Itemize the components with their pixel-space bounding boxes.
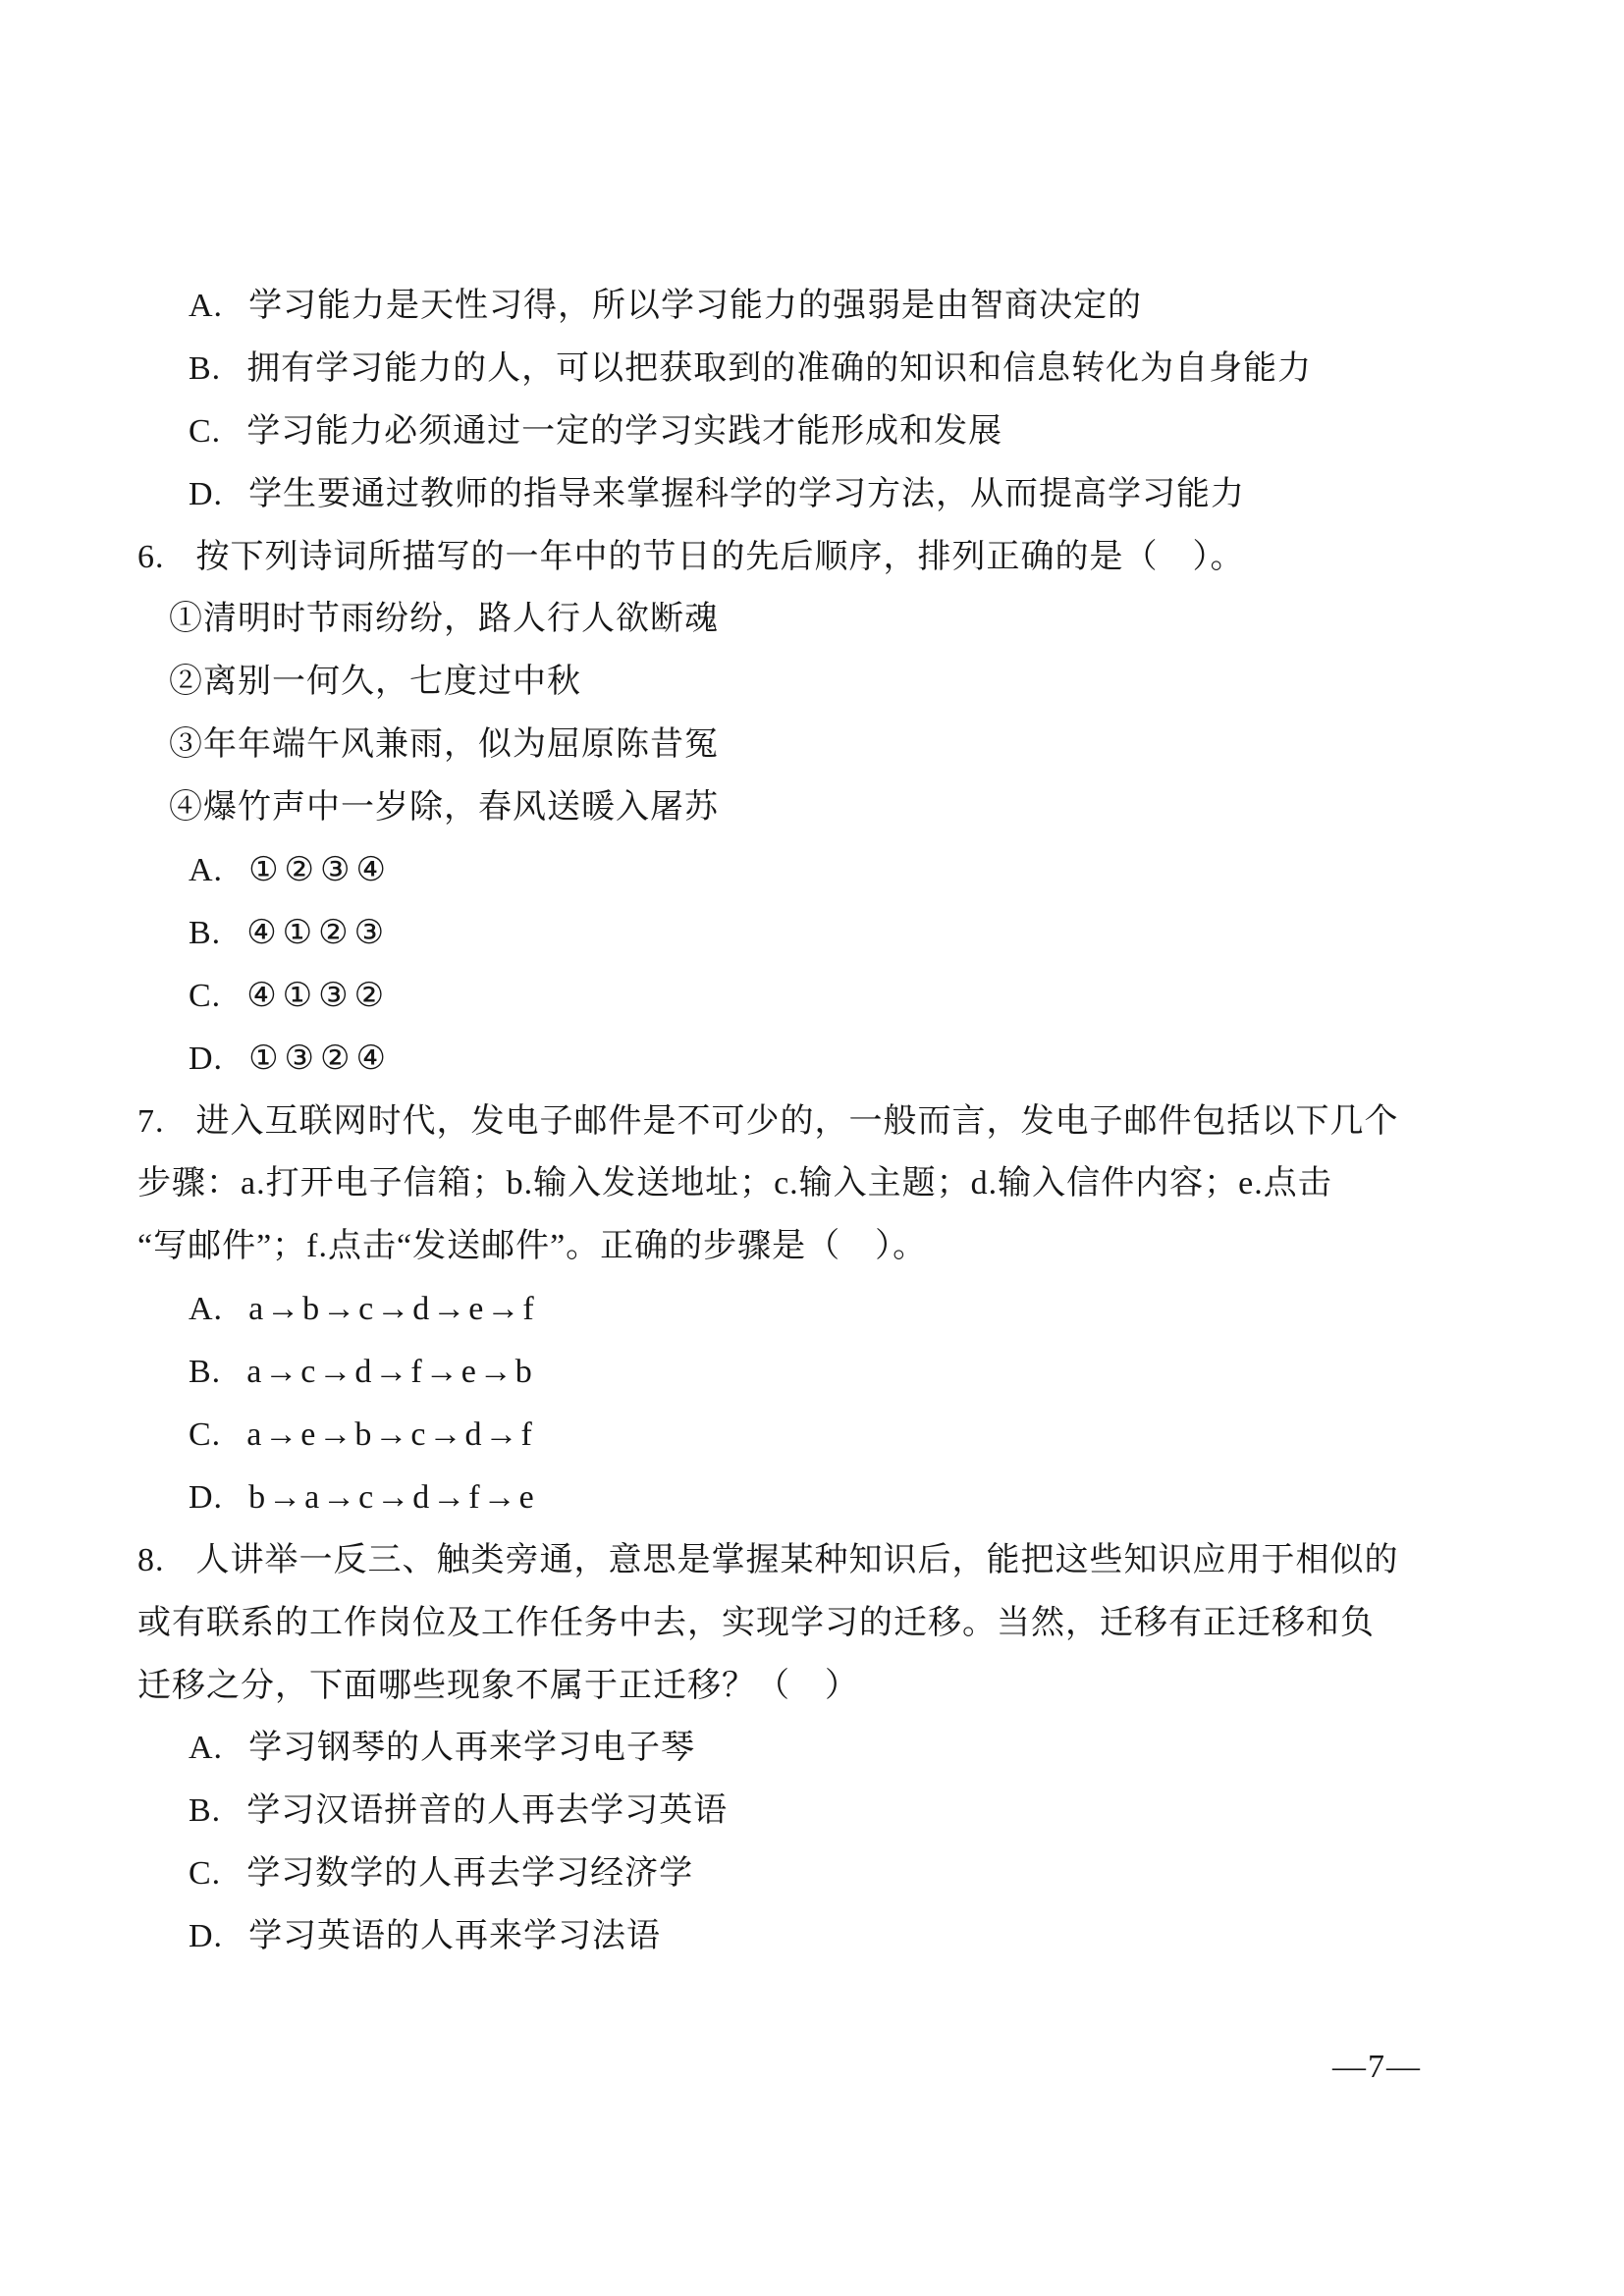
q6-option-b: B.④①②③: [137, 902, 1536, 965]
option-label: A.: [189, 1717, 223, 1780]
question-number: 7.: [137, 1091, 165, 1153]
option-label: D.: [189, 1028, 223, 1091]
question-number: 8.: [137, 1529, 165, 1592]
q8-option-a: A.学习钢琴的人再来学习电子琴: [137, 1717, 1536, 1780]
option-text: 学习汉语拼音的人再去学习英语: [246, 1792, 728, 1829]
question-stem-text: 按下列诗词所描写的一年中的节日的先后顺序，排列正确的是（ ）。: [196, 539, 1245, 575]
question-number: 6.: [137, 526, 165, 589]
q7-option-b: B.a→c→d→f→e→b: [137, 1341, 1536, 1404]
option-text: 学习数学的人再去学习经济学: [246, 1855, 693, 1892]
q6-poem-2: ②离别一何久，七度过中秋: [137, 651, 1536, 714]
option-text: a→b→c→d→e→f: [248, 1291, 537, 1327]
option-label: C.: [189, 400, 221, 463]
q8-stem-line-1: 8.人讲举一反三、触类旁通，意思是掌握某种知识后，能把这些知识应用于相似的: [137, 1529, 1536, 1592]
option-text: a→e→b→c→d→f: [246, 1416, 535, 1453]
q6-option-d: D.①③②④: [137, 1028, 1536, 1091]
q7-stem-line-1: 7.进入互联网时代，发电子邮件是不可少的，一般而言，发电子邮件包括以下几个: [137, 1091, 1536, 1153]
question-stem-text: 人讲举一反三、触类旁通，意思是掌握某种知识后，能把这些知识应用于相似的: [196, 1542, 1399, 1578]
option-text: ①③②④: [248, 1041, 392, 1077]
q7-option-a: A.a→b→c→d→e→f: [137, 1278, 1536, 1341]
page-number: —7—: [1332, 2048, 1422, 2087]
q5-option-b: B.拥有学习能力的人，可以把获取到的准确的知识和信息转化为自身能力: [137, 338, 1536, 400]
q8-stem-line-2: 或有联系的工作岗位及工作任务中去，实现学习的迁移。当然，迁移有正迁移和负: [137, 1592, 1536, 1655]
option-label: B.: [189, 1341, 221, 1404]
option-label: B.: [189, 1780, 221, 1842]
option-text: 学生要通过教师的指导来掌握科学的学习方法，从而提高学习能力: [248, 476, 1245, 512]
q6-poem-3: ③年年端午风兼雨，似为屈原陈昔冤: [137, 714, 1536, 776]
q6-poem-4: ④爆竹声中一岁除，春风送暖入屠苏: [137, 776, 1536, 839]
option-text: 学习能力必须通过一定的学习实践才能形成和发展: [246, 413, 1002, 450]
option-label: B.: [189, 902, 221, 965]
option-label: A.: [189, 275, 223, 338]
option-text: 学习英语的人再来学习法语: [248, 1918, 661, 1954]
exam-page: A.学习能力是天性习得，所以学习能力的强弱是由智商决定的 B.拥有学习能力的人，…: [0, 0, 1624, 2296]
q7-option-d: D.b→a→c→d→f→e: [137, 1467, 1536, 1529]
question-stem-text: 进入互联网时代，发电子邮件是不可少的，一般而言，发电子邮件包括以下几个: [196, 1103, 1399, 1140]
q8-option-b: B.学习汉语拼音的人再去学习英语: [137, 1780, 1536, 1842]
option-label: C.: [189, 965, 221, 1028]
option-label: A.: [189, 1278, 223, 1341]
q8-option-d: D.学习英语的人再来学习法语: [137, 1905, 1536, 1968]
option-text: 学习能力是天性习得，所以学习能力的强弱是由智商决定的: [248, 288, 1142, 324]
q6-option-a: A.①②③④: [137, 839, 1536, 902]
option-label: C.: [189, 1842, 221, 1905]
option-text: b→a→c→d→f→e: [248, 1479, 537, 1516]
q5-option-a: A.学习能力是天性习得，所以学习能力的强弱是由智商决定的: [137, 275, 1536, 338]
q5-option-c: C.学习能力必须通过一定的学习实践才能形成和发展: [137, 400, 1536, 463]
option-text: a→c→d→f→e→b: [246, 1354, 535, 1390]
q7-stem-line-2: 步骤：a.打开电子信箱；b.输入发送地址；c.输入主题；d.输入信件内容；e.点…: [137, 1152, 1536, 1215]
option-text: 拥有学习能力的人，可以把获取到的准确的知识和信息转化为自身能力: [246, 350, 1312, 387]
option-label: B.: [189, 338, 221, 400]
option-text: 学习钢琴的人再来学习电子琴: [248, 1730, 695, 1766]
q6-option-c: C.④①③②: [137, 965, 1536, 1028]
q8-option-c: C.学习数学的人再去学习经济学: [137, 1842, 1536, 1905]
q6-poem-1: ①清明时节雨纷纷，路人行人欲断魂: [137, 588, 1536, 651]
option-text: ④①③②: [246, 978, 390, 1014]
option-label: D.: [189, 1905, 223, 1968]
q6-stem: 6.按下列诗词所描写的一年中的节日的先后顺序，排列正确的是（ ）。: [137, 526, 1536, 589]
q7-stem-line-3: “写邮件”；f.点击“发送邮件”。正确的步骤是（ ）。: [137, 1215, 1536, 1278]
q8-stem-line-3: 迁移之分，下面哪些现象不属于正迁移？（ ）: [137, 1655, 1536, 1718]
q5-option-d: D.学生要通过教师的指导来掌握科学的学习方法，从而提高学习能力: [137, 463, 1536, 526]
option-label: C.: [189, 1404, 221, 1467]
option-text: ①②③④: [248, 852, 392, 888]
option-label: D.: [189, 1467, 223, 1529]
exam-body: A.学习能力是天性习得，所以学习能力的强弱是由智商决定的 B.拥有学习能力的人，…: [137, 275, 1536, 1968]
q7-option-c: C.a→e→b→c→d→f: [137, 1404, 1536, 1467]
option-label: A.: [189, 839, 223, 902]
option-text: ④①②③: [246, 915, 390, 951]
option-label: D.: [189, 463, 223, 526]
